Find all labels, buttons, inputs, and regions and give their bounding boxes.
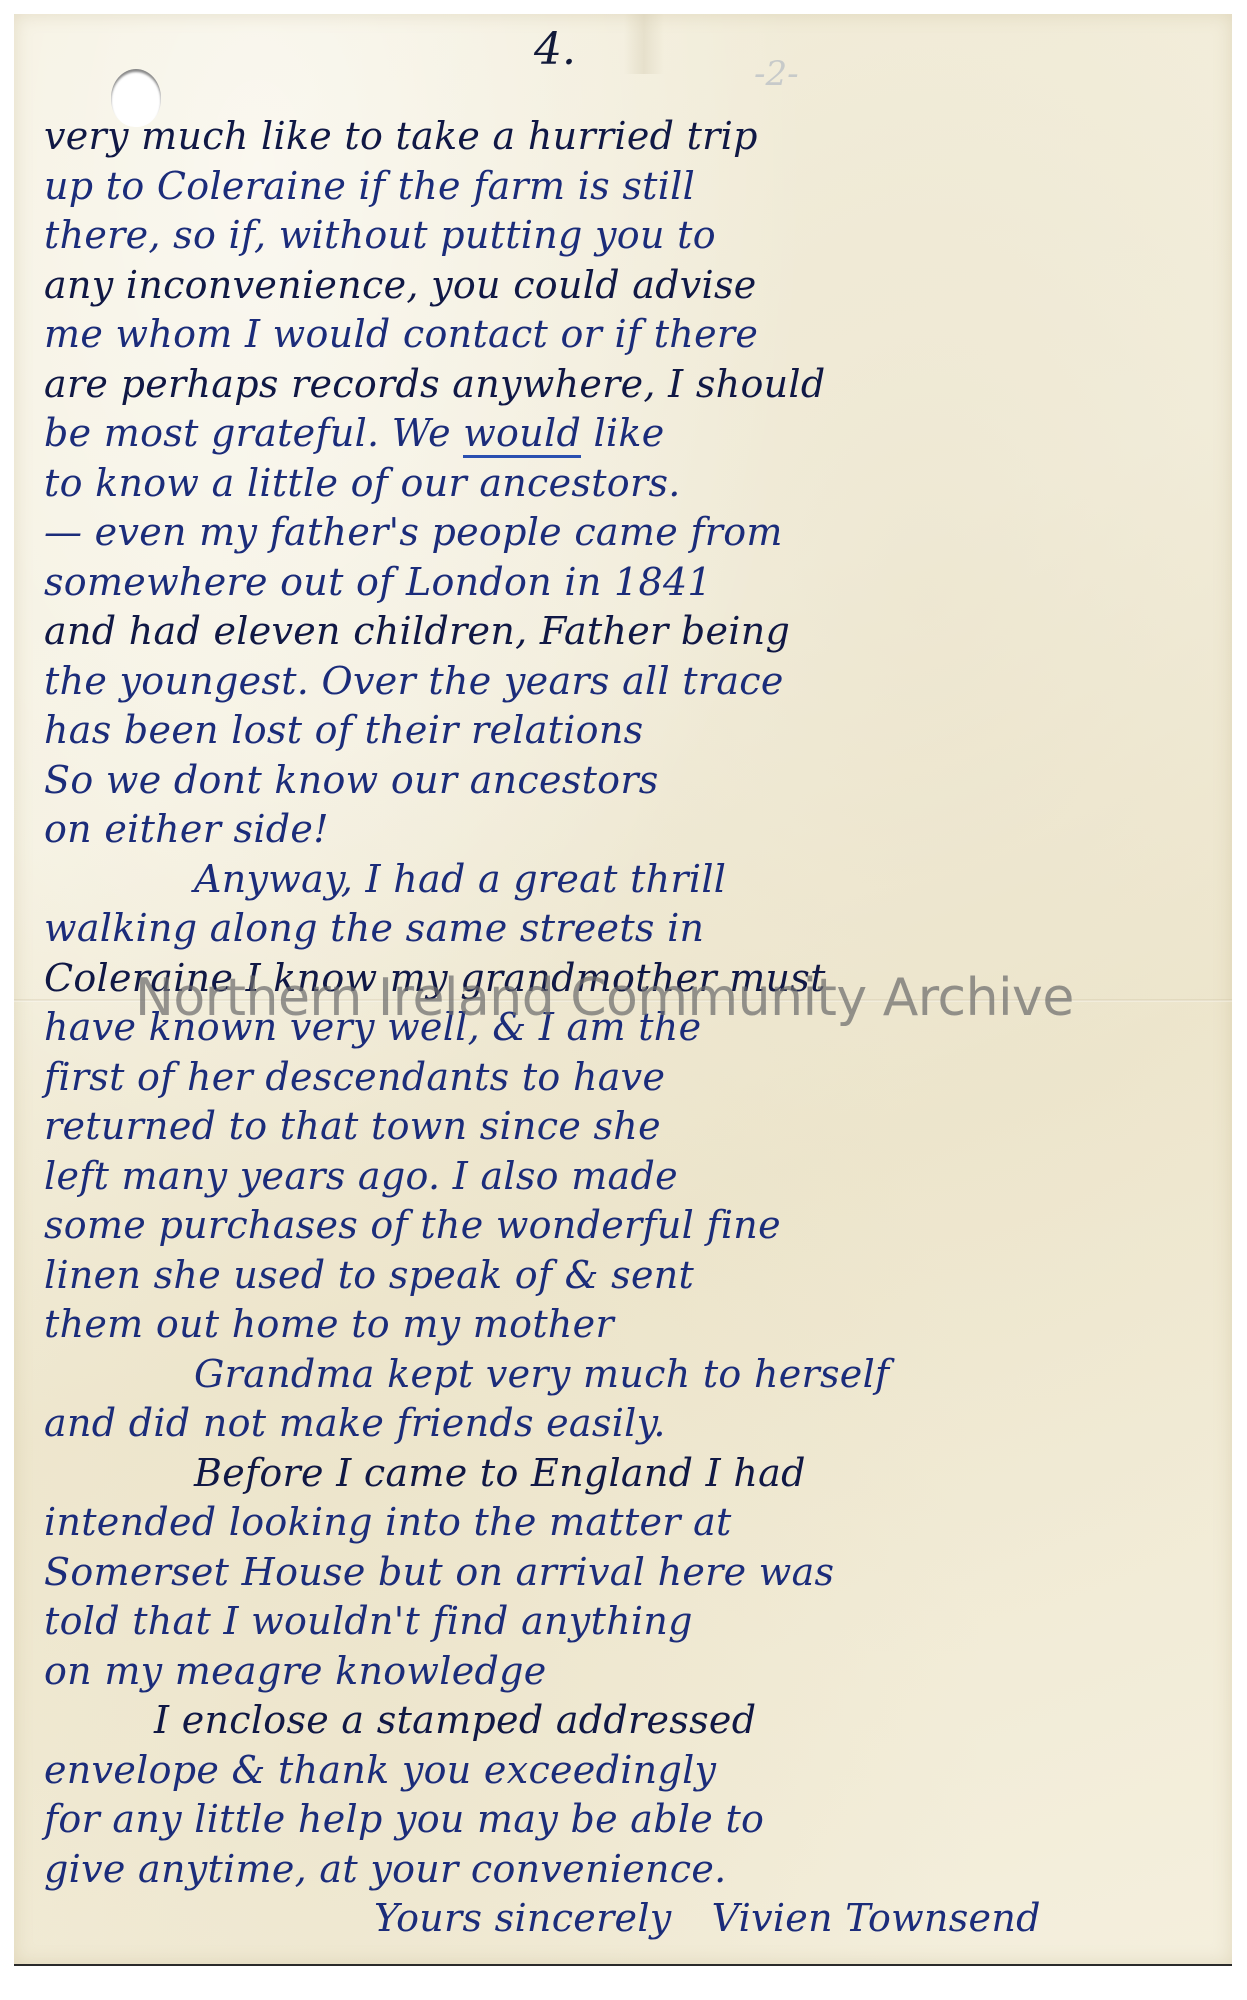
letter-body: very much like to take a hurried trip up… [44, 112, 1244, 1944]
letter-line: So we dont know our ancestors [44, 756, 1244, 806]
letter-line: have known very well, & I am the [44, 1003, 1244, 1053]
letter-line: told that I wouldn't find anything [44, 1597, 1244, 1647]
line-text: be most grateful. We [44, 411, 463, 455]
letter-line: on either side! [44, 805, 1244, 855]
letter-line: I enclose a stamped addressed [44, 1696, 1244, 1746]
letter-line: somewhere out of London in 1841 [44, 558, 1244, 608]
page-number: 4. [534, 24, 576, 75]
letter-line: me whom I would contact or if there [44, 310, 1244, 360]
letter-line: and had eleven children, Father being [44, 607, 1244, 657]
letter-line: has been lost of their relations [44, 706, 1244, 756]
letter-line: there, so if, without putting you to [44, 211, 1244, 261]
letter-line: the youngest. Over the years all trace [44, 657, 1244, 707]
letter-line: up to Coleraine if the farm is still [44, 162, 1244, 212]
closing-line: Yours sincerelyVivien Townsend [44, 1894, 1244, 1944]
letter-line: returned to that town since she [44, 1102, 1244, 1152]
signature: Vivien Townsend [712, 1896, 1041, 1940]
letter-line: linen she used to speak of & sent [44, 1251, 1244, 1301]
letter-line: first of her descendants to have [44, 1053, 1244, 1103]
letter-line: on my meagre knowledge [44, 1647, 1244, 1697]
letter-line: are perhaps records anywhere, I should [44, 360, 1244, 410]
letter-line: them out home to my mother [44, 1300, 1244, 1350]
letter-page: -2- 4. very much like to take a hurried … [14, 14, 1232, 1966]
letter-line: Grandma kept very much to herself [44, 1350, 1244, 1400]
closing: Yours sincerely [374, 1896, 672, 1940]
reverse-side-page-number: -2- [754, 54, 799, 94]
letter-line: envelope & thank you exceedingly [44, 1746, 1244, 1796]
letter-line: Anyway, I had a great thrill [44, 855, 1244, 905]
letter-line: Coleraine I know my grandmother must [44, 954, 1244, 1004]
letter-line: some purchases of the wonderful fine [44, 1201, 1244, 1251]
letter-line: walking along the same streets in [44, 904, 1244, 954]
letter-line: to know a little of our ancestors. [44, 459, 1244, 509]
letter-line: intended looking into the matter at [44, 1498, 1244, 1548]
letter-line: Somerset House but on arrival here was [44, 1548, 1244, 1598]
underlined-word: would [463, 411, 581, 458]
letter-line: and did not make friends easily. [44, 1399, 1244, 1449]
paper-top-crease [624, 14, 664, 74]
letter-line: very much like to take a hurried trip [44, 112, 1244, 162]
letter-line: — even my father's people came from [44, 508, 1244, 558]
letter-line: left many years ago. I also made [44, 1152, 1244, 1202]
line-text: like [581, 411, 664, 455]
letter-line: for any little help you may be able to [44, 1795, 1244, 1845]
letter-line: Before I came to England I had [44, 1449, 1244, 1499]
letter-line: give anytime, at your convenience. [44, 1845, 1244, 1895]
letter-line: any inconvenience, you could advise [44, 261, 1244, 311]
letter-line-with-underline: be most grateful. We would like [44, 409, 1244, 459]
